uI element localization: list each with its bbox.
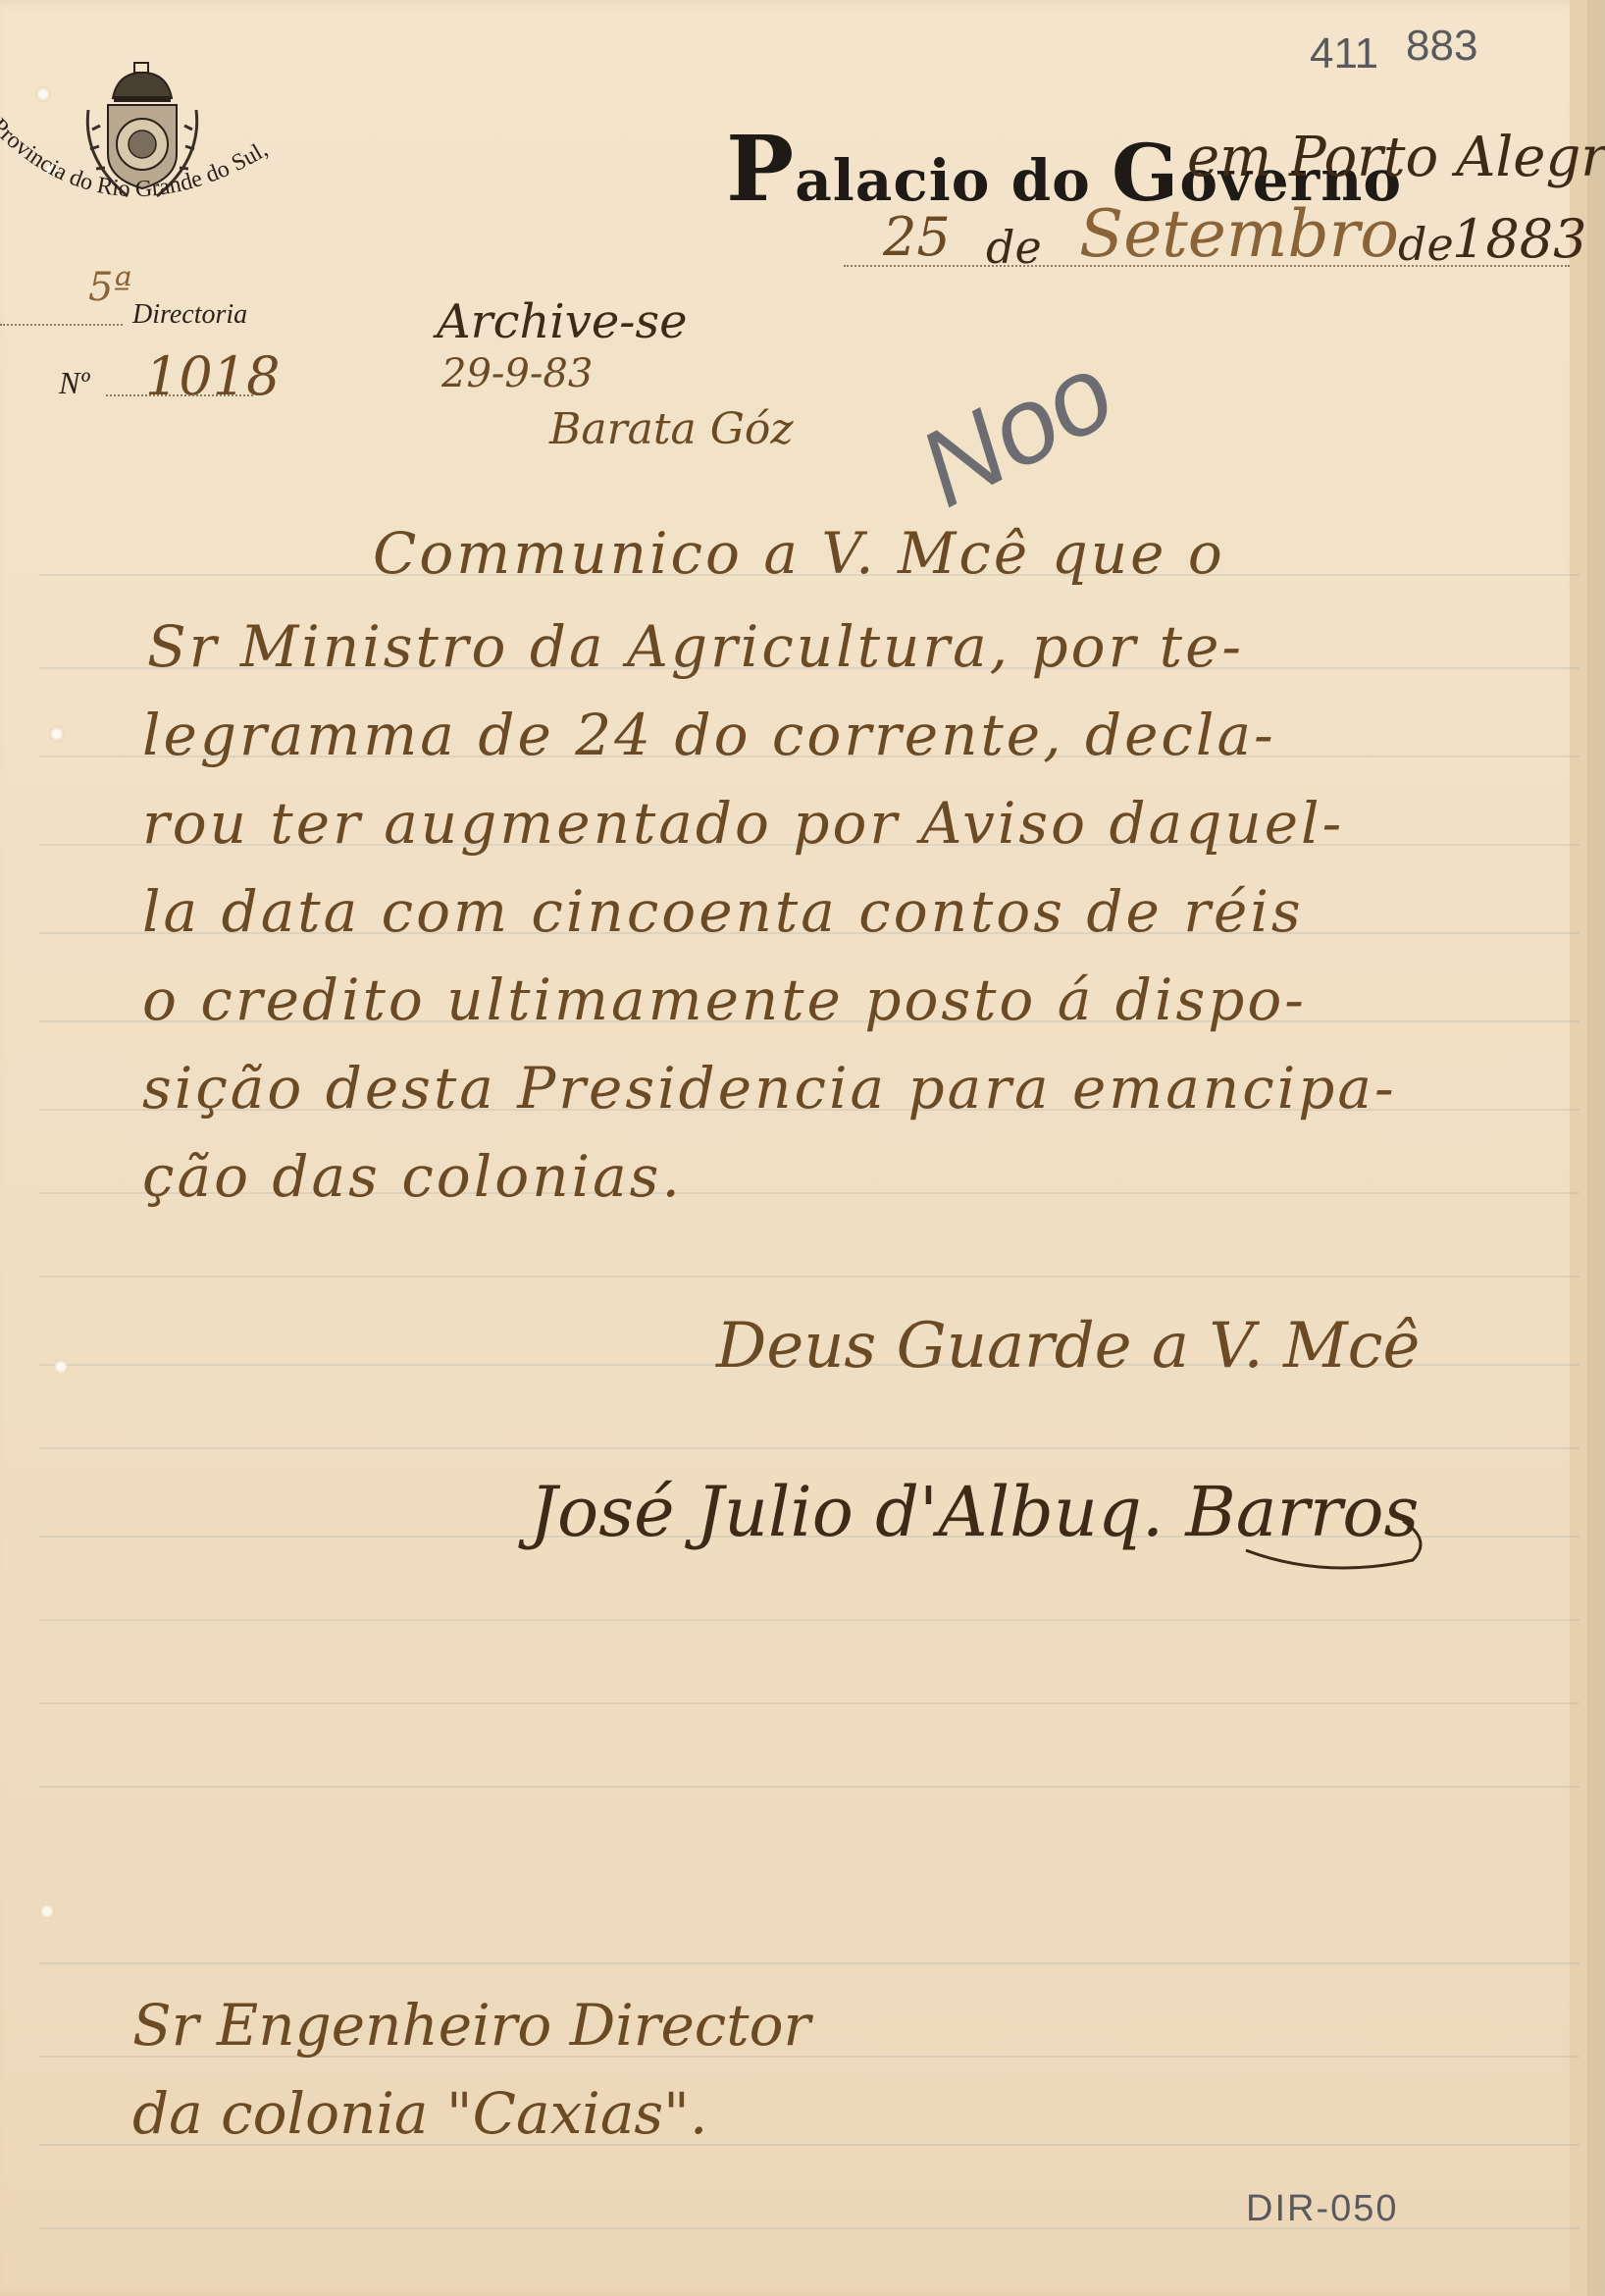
archive-number-pencil: 883	[1406, 22, 1477, 71]
ruled-line	[39, 1786, 1579, 1788]
letterhead-palace-visible: alacio do	[795, 147, 1112, 214]
pin-hole	[53, 1359, 69, 1375]
body-line: sição desta Presidencia para emancipa-	[142, 1055, 1397, 1122]
archive-code-pencil: DIR-050	[1246, 2188, 1399, 2230]
body-line: rou ter augmentado por Aviso daquel-	[142, 790, 1344, 857]
ruled-line	[39, 1962, 1579, 1964]
body-line: o credito ultimamente posto á dispo-	[142, 966, 1307, 1033]
addressee-line: da colonia "Caxias".	[132, 2080, 707, 2147]
date-de: de	[1398, 218, 1454, 271]
date-year: 1883	[1452, 208, 1586, 270]
archive-number-pencil: 411	[1310, 29, 1378, 78]
ruled-line	[39, 1276, 1579, 1278]
province-arc-text: Provincia do Rio Grande do Sul,	[0, 88, 314, 255]
closing-salutation: Deus Guarde a V. Mcê	[716, 1310, 1420, 1383]
date-month: Setembro	[1079, 196, 1399, 272]
body-line: legramma de 24 do corrente, decla-	[142, 702, 1276, 768]
svg-text:Provincia do Rio Grande do Sul: Provincia do Rio Grande do Sul,	[0, 114, 272, 202]
letter-page: Provincia do Rio Grande do Sul, 411 883 …	[0, 0, 1587, 2296]
signature-flourish-icon	[1236, 1511, 1432, 1580]
annotation-date: 29-9-83	[441, 351, 593, 396]
pin-hole	[49, 726, 65, 742]
number-dotted-line	[106, 394, 253, 396]
ruled-line	[39, 1702, 1579, 1704]
directorate-dotted-line	[0, 324, 123, 326]
date-dotted-line	[844, 265, 1570, 267]
body-line: Sr Ministro da Agricultura, por te-	[147, 613, 1244, 680]
date-day: 25	[883, 206, 951, 268]
ruled-line	[39, 1447, 1579, 1449]
pencil-mark: Noo	[900, 329, 1133, 532]
body-line: ção das colonias.	[142, 1143, 683, 1210]
directorate-number: 1018	[145, 345, 280, 407]
annotation-signature: Barata Góz	[549, 404, 794, 454]
addressee-line: Sr Engenheiro Director	[132, 1992, 810, 2059]
body-line: la data com cincoenta contos de réis	[142, 878, 1304, 945]
body-line: Communico a V. Mcê que o	[373, 520, 1225, 587]
pin-hole	[39, 1904, 55, 1919]
letterhead-city: em Porto Alegre,	[1187, 126, 1605, 189]
directorate-label: Directoria	[132, 299, 247, 331]
annotation-archive: Archive-se	[437, 294, 688, 349]
paper-edge	[1570, 0, 1587, 2296]
number-prefix: Nº	[59, 365, 89, 401]
directorate-ordinal: 5ª	[88, 265, 131, 310]
ornamental-initial: P	[726, 116, 795, 222]
ruled-line	[39, 1619, 1579, 1621]
